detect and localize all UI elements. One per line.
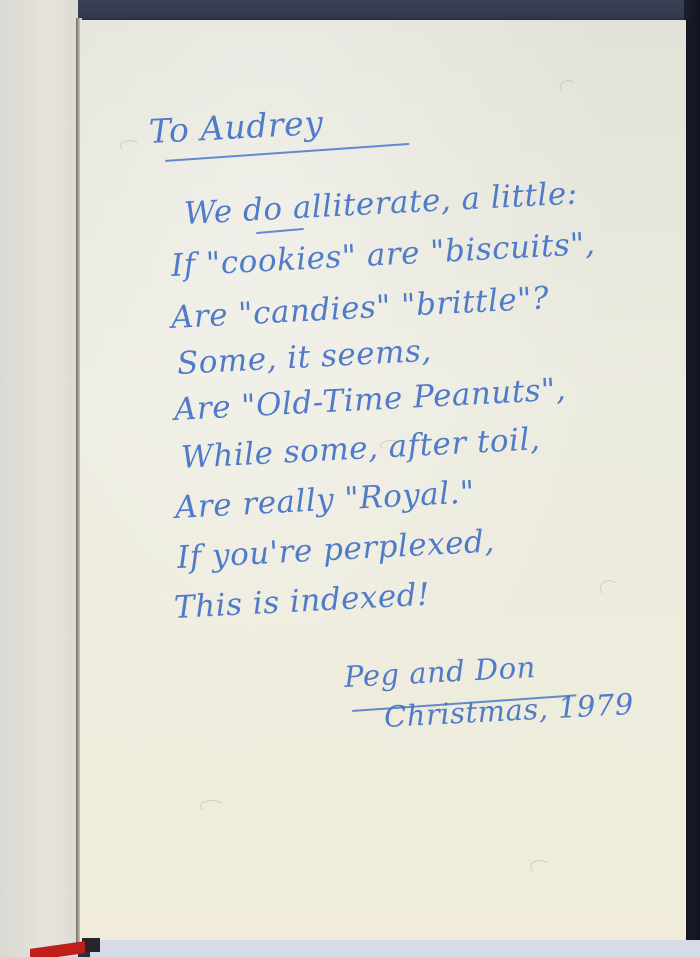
emphasis-underline (256, 228, 304, 234)
dateline: Christmas, 1979 (383, 687, 634, 734)
poem-line-5: Are "Old-Time Peanuts", (173, 372, 567, 428)
poem-line-8: If you're perplexed, (176, 523, 495, 576)
poem-line-7: Are really "Royal." (174, 474, 476, 526)
handwritten-inscription: To Audrey We do alliterate, a little: If… (0, 0, 700, 957)
poem-line-9: This is indexed! (173, 577, 431, 626)
poem-line-2: If "cookies" are "biscuits", (170, 226, 596, 284)
poem-line-1: We do alliterate, a little: (183, 175, 578, 232)
poem-line-6: While some, after toil, (180, 421, 541, 476)
poem-line-4: Some, it seems, (176, 333, 432, 382)
signature: Peg and Don (343, 650, 536, 694)
poem-line-3: Are "candies" "brittle"? (170, 280, 550, 336)
salutation: To Audrey (148, 103, 324, 151)
